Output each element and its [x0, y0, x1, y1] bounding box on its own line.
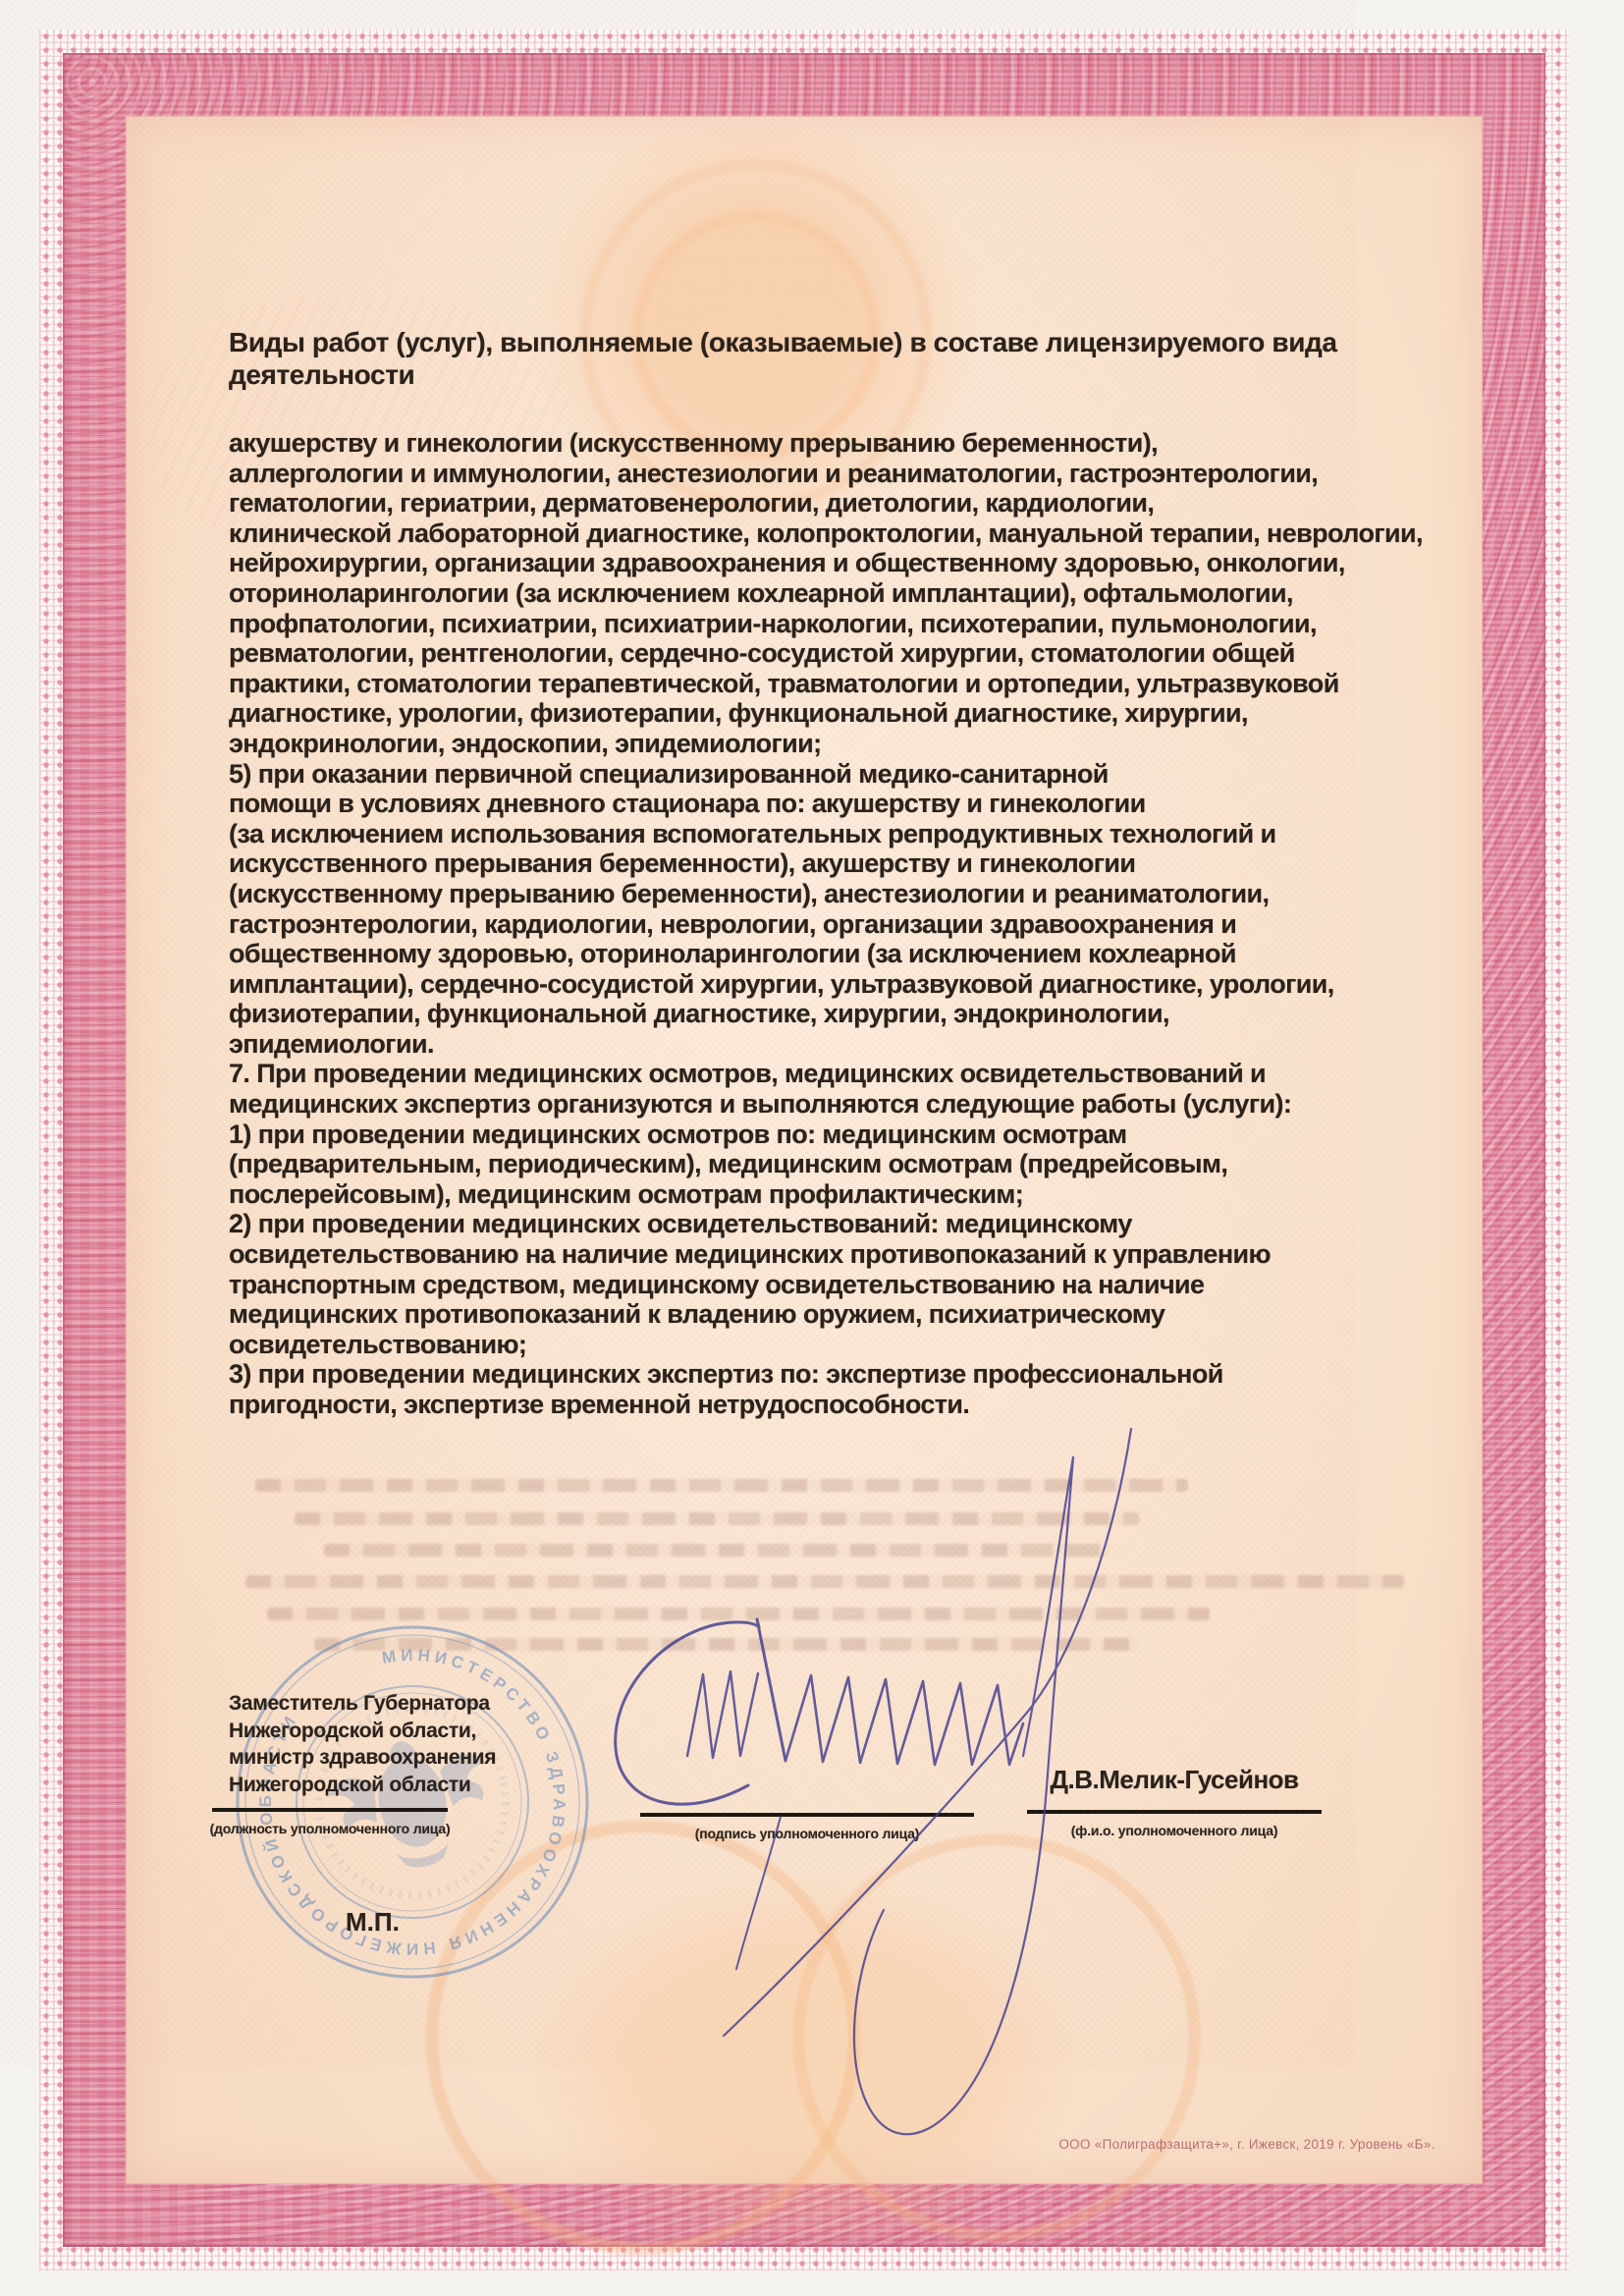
showthrough-text-line [255, 1479, 1188, 1492]
seal-place-mark: М.П. [346, 1907, 400, 1938]
signature-caption: (подпись уполномоченного лица) [640, 1826, 974, 1841]
works-heading: Виды работ (услуг), выполняемые (оказыва… [229, 326, 1337, 391]
scanned-certificate: { "document": { "heading": "Виды работ (… [0, 0, 1624, 2296]
position-underline [212, 1808, 448, 1812]
signer-position-title: Заместитель Губернатора Нижегородской об… [229, 1690, 496, 1798]
name-underline [1027, 1810, 1322, 1814]
showthrough-text-line [314, 1638, 1139, 1651]
showthrough-text-line [324, 1544, 1110, 1557]
showthrough-text-line [295, 1512, 1139, 1525]
signature-underline [640, 1813, 974, 1817]
position-caption: (должность уполномоченного лица) [202, 1821, 458, 1836]
signer-name: Д.В.Мелик-Гусейнов [1027, 1765, 1322, 1795]
showthrough-text-line [245, 1575, 1404, 1588]
works-list: акушерству и гинекологии (искусственному… [229, 428, 1423, 1420]
printer-note: ООО «Полиграфзащита+», г. Ижевск, 2019 г… [1001, 2137, 1492, 2152]
name-caption: (ф.и.о. уполномоченного лица) [1027, 1823, 1322, 1838]
showthrough-text-line [267, 1608, 1210, 1620]
